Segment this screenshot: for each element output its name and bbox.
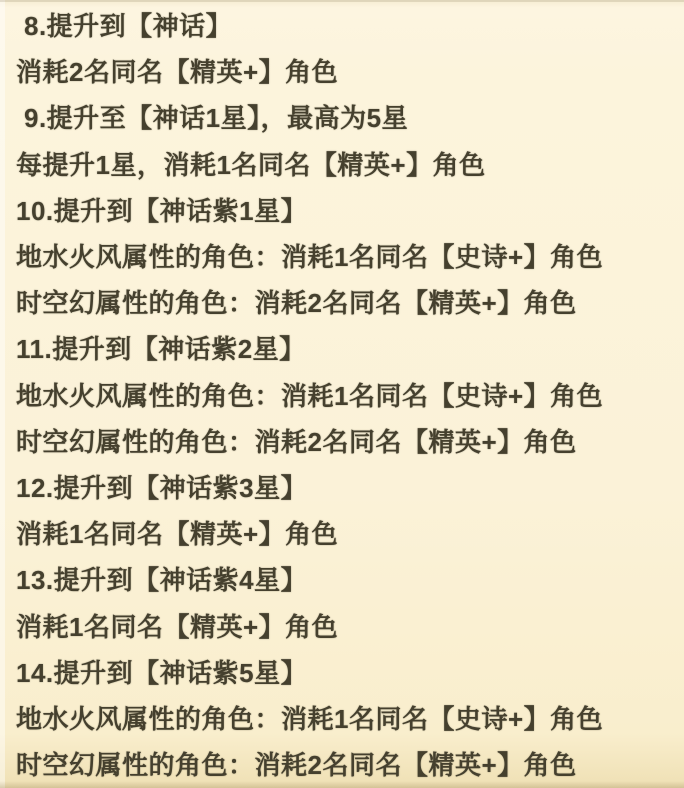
rules-line: 14.提升到【神话紫5星】 [0, 650, 684, 696]
rules-line: 12.提升到【神话紫3星】 [0, 465, 684, 511]
rules-line: 8.提升到【神话】 [0, 3, 684, 49]
rules-line: 地水火风属性的角色：消耗1名同名【史诗+】角色 [0, 234, 684, 280]
rules-line: 11.提升到【神话紫2星】 [0, 326, 684, 372]
rules-line: 9.提升至【神话1星】，最高为5星 [0, 95, 684, 141]
rules-line: 时空幻属性的角色：消耗2名同名【精英+】角色 [0, 419, 684, 465]
rules-line: 10.提升到【神话紫1星】 [0, 188, 684, 234]
rules-line: 时空幻属性的角色：消耗2名同名【精英+】角色 [0, 280, 684, 326]
game-rules-screen: { "panel": { "background_color": "#fbf2d… [0, 0, 684, 788]
rules-line: 每提升1星，消耗1名同名【精英+】角色 [0, 142, 684, 188]
upgrade-rules-panel[interactable]: 8.提升到【神话】 消耗2名同名【精英+】角色 9.提升至【神话1星】，最高为5… [0, 0, 684, 788]
rules-line: 地水火风属性的角色：消耗1名同名【史诗+】角色 [0, 696, 684, 742]
rules-line: 消耗2名同名【精英+】角色 [0, 49, 684, 95]
rules-line: 时空幻属性的角色：消耗2名同名【精英+】角色 [0, 742, 684, 788]
rules-line: 消耗1名同名【精英+】角色 [0, 604, 684, 650]
rules-line: 消耗1名同名【精英+】角色 [0, 511, 684, 557]
rules-line: 13.提升到【神话紫4星】 [0, 557, 684, 603]
rules-line: 地水火风属性的角色：消耗1名同名【史诗+】角色 [0, 373, 684, 419]
